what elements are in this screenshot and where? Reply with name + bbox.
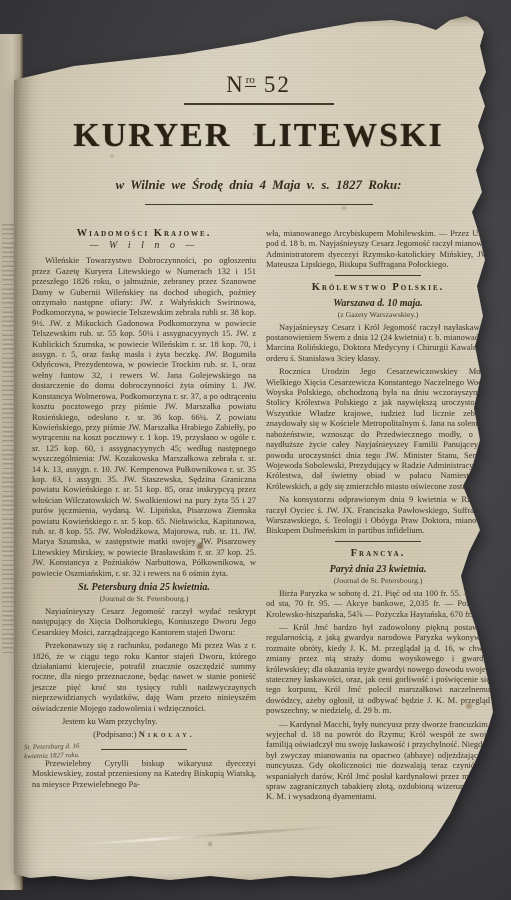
scanned-newspaper-view: Nro52 KURYER LITEWSKI w Wilnie we Środę … [0,0,511,900]
rescript-intro-paragraph: Nayiaśnieyszy Cesarz Jegomość raczył wyd… [32,606,256,637]
masthead-dateline: w Wilnie we Środę dnia 4 Maja v. s. 1827… [14,177,503,193]
newspaper-page: Nro52 KURYER LITEWSKI w Wilnie we Środę … [14,16,503,884]
warsaw-place-date: Warszawa d. 10 maja. [266,298,490,310]
charity-report-paragraph: Wileńskie Towarzystwo Dobroczynności, po… [32,255,256,578]
signature-label: (Podpisano:) [93,729,136,739]
cardinal-paragraph: — Kardynał Macchi, były nuncyusz przy dw… [266,719,490,802]
paris-source-note: (Journal de St. Petersbourg.) [266,576,490,585]
left-column: Wiadomości Krajowe. — W i l n o — Wileńs… [32,228,256,805]
paper-crease [74,825,344,847]
issue-letter: N [226,72,245,97]
masthead: Nro52 KURYER LITEWSKI w Wilnie we Środę … [14,72,503,205]
issue-number: Nro52 [14,72,503,98]
section-heading-domestic-news: Wiadomości Krajowe. [32,228,256,240]
issue-digits: 52 [264,72,291,97]
consistory-paragraph: Na konsystorzu odprawionym dnia 9 kwietn… [266,494,490,536]
right-column: wła, mianowanego Arcybiskupem Mohilewski… [266,228,490,805]
issue-superscript: ro [245,74,256,87]
rescript-body-paragraph: Przekonawszy się z rachunku, podanego Mi… [32,640,256,713]
signature-line: (Podpisano:) Nikołay. [32,729,256,739]
appointment-paragraph: Nayjaśnieyszy Cesarz i Król Jegomość rac… [266,322,490,364]
newspaper-title: KURYER LITEWSKI [14,117,503,155]
anniversary-paragraph: Rocznica Urodzin Jego Cesarzewiczowskiey… [266,366,490,491]
petersburg-source-note: (Journal de St. Petersbourg.) [32,594,256,603]
masthead-divider-rule [184,103,334,105]
rescript-closing-line: Jestem ku Wam przychylny. [32,716,256,726]
section-divider-rule [335,275,421,276]
guard-review-paragraph: — Król Jmć bardzo był zadowolony piękną … [266,622,490,716]
margin-date-note: St. Petersburg d. 16 kwietnia 1827 roku. [24,741,128,761]
petersburg-place-date: St. Petersburg dnia 25 kwietnia. [32,582,256,594]
bourse-paragraph: Birża Paryzka w sobotę d. 21. Pięć od st… [266,588,490,619]
signature-name: Nikołay. [139,729,195,739]
bishop-notice-paragraph: Przewielebny Cyrylli biskup wikaryusz dy… [32,758,256,789]
section-divider-rule [335,541,421,542]
warsaw-source-note: (z Gazety Warszawskiey.) [266,310,490,319]
section-heading-kingdom-of-poland: Królewstwo Polskie. [266,282,490,294]
body-columns: Wiadomości Krajowe. — W i l n o — Wileńs… [32,228,490,805]
page-wrap: Nro52 KURYER LITEWSKI w Wilnie we Środę … [0,0,511,900]
paris-place-date: Paryż dnia 23 kwietnia. [266,564,490,576]
section-heading-france: Francya. [266,548,490,560]
subheading-wilno: — W i l n o — [32,241,256,251]
continuation-paragraph: wła, mianowanego Arcybiskupem Mohilewski… [266,228,490,270]
dateline-divider-rule [145,204,373,205]
